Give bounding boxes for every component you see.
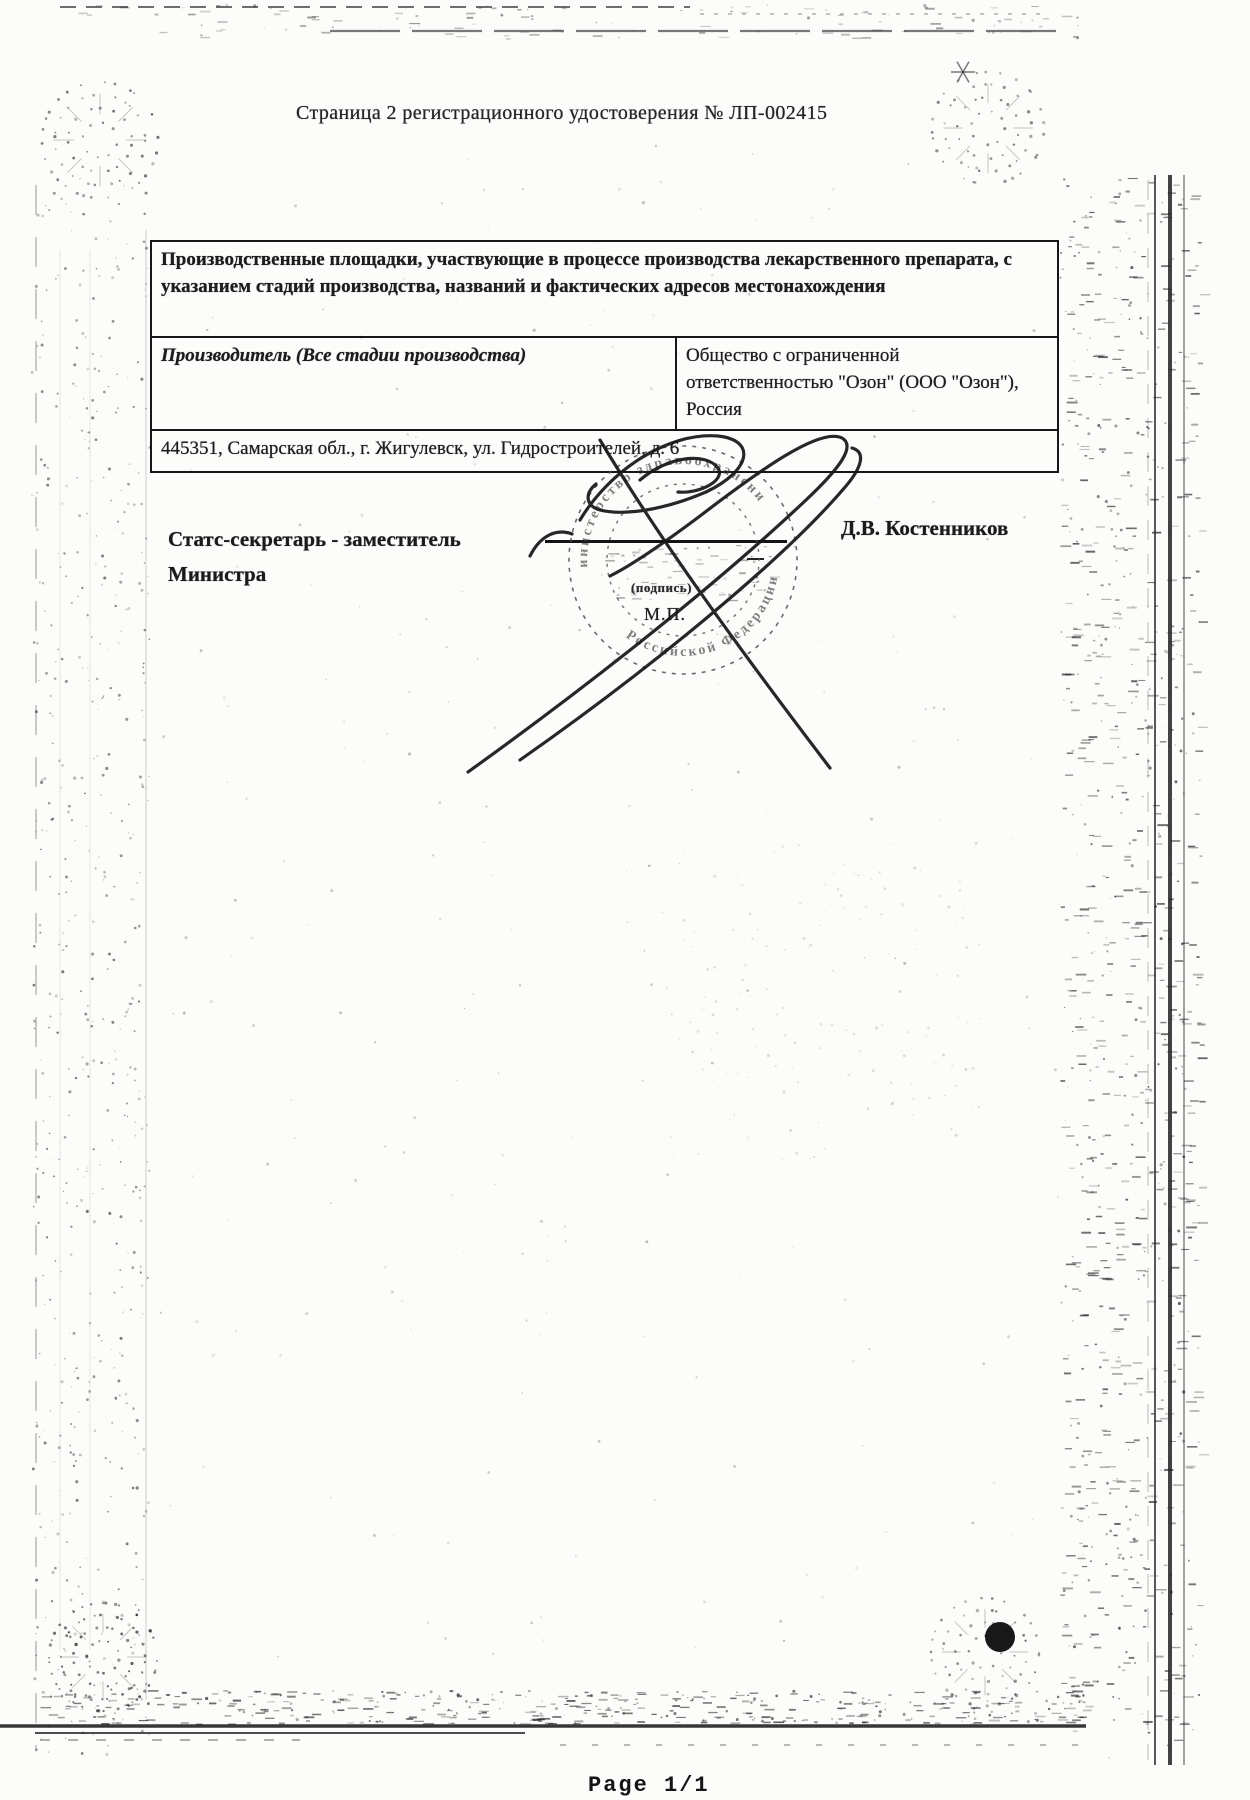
page-footer: Page 1/1 [588,1773,710,1798]
production-sites-table: Производственные площадки, участвующие в… [150,240,1059,473]
address-row: 445351, Самарская обл., г. Жигулевск, ул… [151,430,1058,472]
producer-value-cell: Общество с ограниченной ответственностью… [676,337,1058,430]
signer-position: Статс-секретарь - заместитель Министра [168,522,568,592]
producer-label-cell: Производитель (Все стадии производства) [151,337,676,430]
signer-name: Д.В. Костенников [841,516,1008,541]
table-header-cell: Производственные площадки, участвующие в… [151,241,1058,337]
producer-row: Производитель (Все стадии производства) … [151,337,1058,430]
signature-caption: (подпись) [631,580,692,596]
signature-rule-tick [747,558,764,560]
signer-position-line2: Министра [168,557,568,592]
page-header: Страница 2 регистрационного удостоверени… [296,102,827,125]
seal-place-mark: М.П. [644,604,686,625]
signature-rule [545,540,787,543]
table-header-row: Производственные площадки, участвующие в… [151,241,1058,337]
black-disc-ornament [985,1622,1015,1652]
address-cell: 445351, Самарская обл., г. Жигулевск, ул… [151,430,1058,472]
signer-position-line1: Статс-секретарь - заместитель [168,522,568,557]
certificate-scan-page: Страница 2 регистрационного удостоверени… [0,0,1250,1800]
